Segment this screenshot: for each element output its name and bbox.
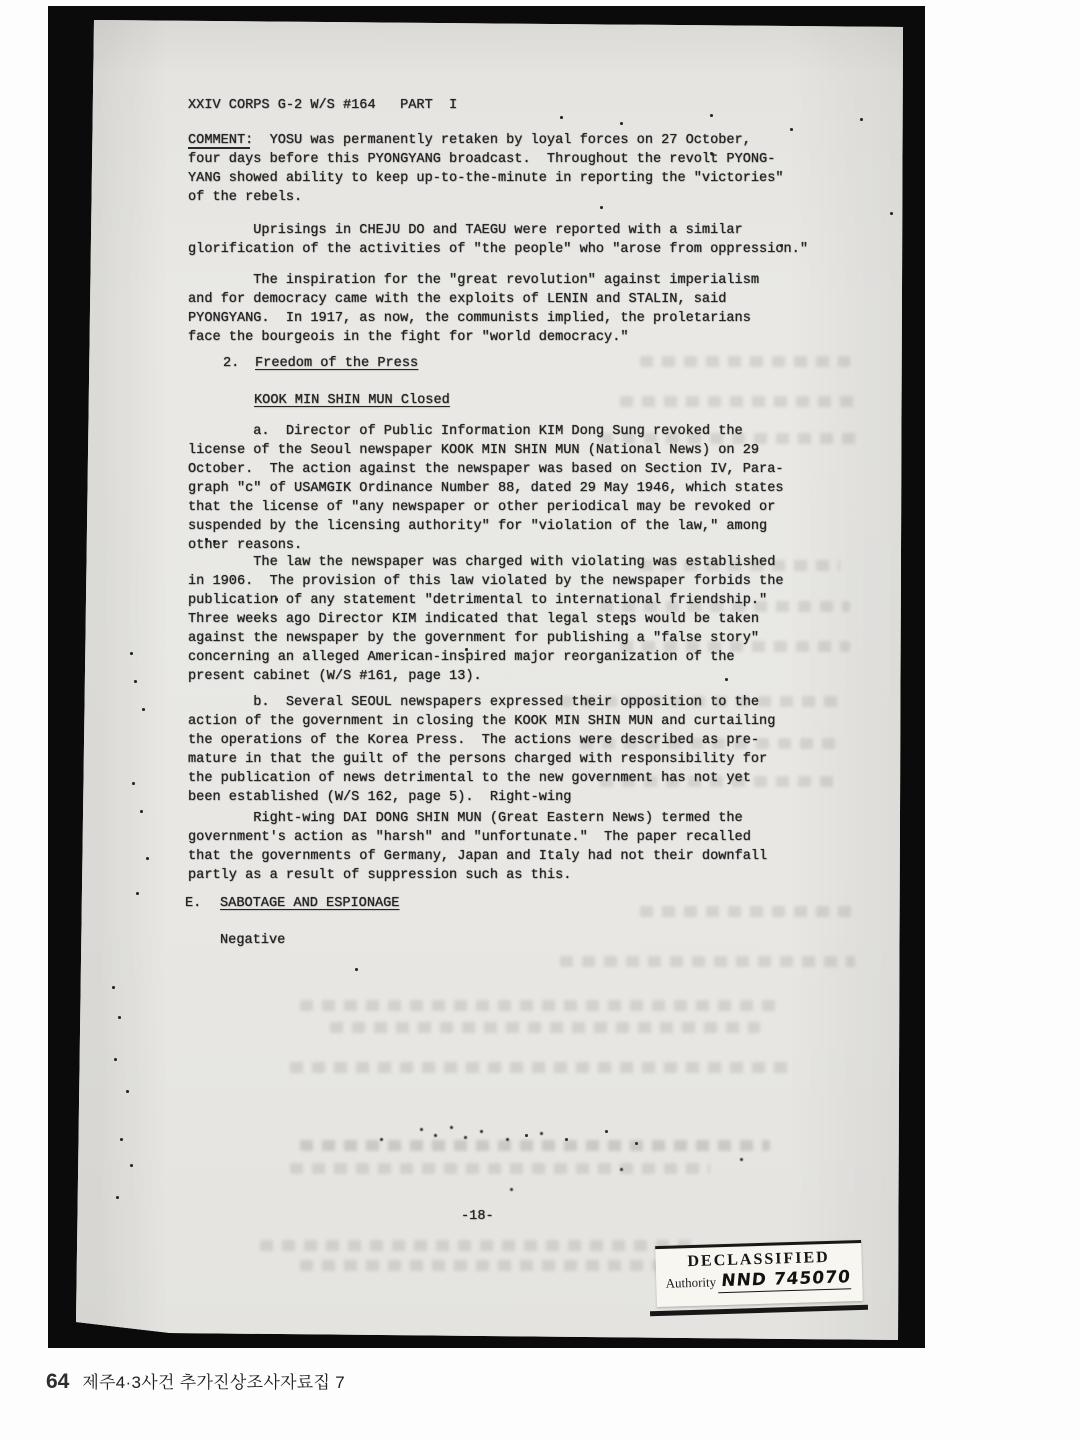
book-page: XXIV CORPS G-2 W/S #164 PART I COMMENT: … bbox=[0, 0, 1080, 1439]
book-footer: 64 제주4·3사건 추가진상조사자료집 7 bbox=[46, 1368, 345, 1394]
comment-label-underline bbox=[188, 147, 250, 149]
declassified-stamp: DECLASSIFIED Authority NND 745070 bbox=[655, 1240, 863, 1307]
uprisings-paragraph: Uprisings in CHEJU DO and TAEGU were rep… bbox=[188, 221, 808, 259]
paragraph-b: b. Several SEOUL newspapers expressed th… bbox=[188, 693, 775, 807]
document-text: XXIV CORPS G-2 W/S #164 PART I COMMENT: … bbox=[0, 0, 1080, 1439]
subheading-kook-min-shin-mun: KOOK MIN SHIN MUN Closed bbox=[254, 391, 450, 410]
negative-entry: Negative bbox=[220, 931, 285, 950]
section-title: SABOTAGE AND ESPIONAGE bbox=[220, 894, 399, 913]
paragraph-law: The law the newspaper was charged with v… bbox=[188, 553, 784, 686]
page-number: -18- bbox=[461, 1207, 494, 1226]
stamp-authority-label: Authority bbox=[665, 1274, 716, 1290]
book-title: 제주4·3사건 추가진상조사자료집 7 bbox=[82, 1368, 345, 1393]
paragraph-a: a. Director of Public Information KIM Do… bbox=[188, 422, 784, 555]
section-number: E. bbox=[185, 894, 201, 913]
section-number: 2. bbox=[223, 354, 239, 373]
stamp-authority-number: NND 745070 bbox=[718, 1267, 853, 1293]
comment-paragraph: COMMENT: YOSU was permanently retaken by… bbox=[188, 131, 784, 207]
section-title: Freedom of the Press bbox=[255, 354, 418, 373]
book-page-number: 64 bbox=[46, 1370, 69, 1394]
stamp-authority-line: Authority NND 745070 bbox=[656, 1267, 863, 1295]
inspiration-paragraph: The inspiration for the "great revolutio… bbox=[188, 271, 759, 347]
document-header: XXIV CORPS G-2 W/S #164 PART I bbox=[188, 96, 457, 115]
paragraph-rightwing: Right-wing DAI DONG SHIN MUN (Great East… bbox=[188, 809, 767, 885]
